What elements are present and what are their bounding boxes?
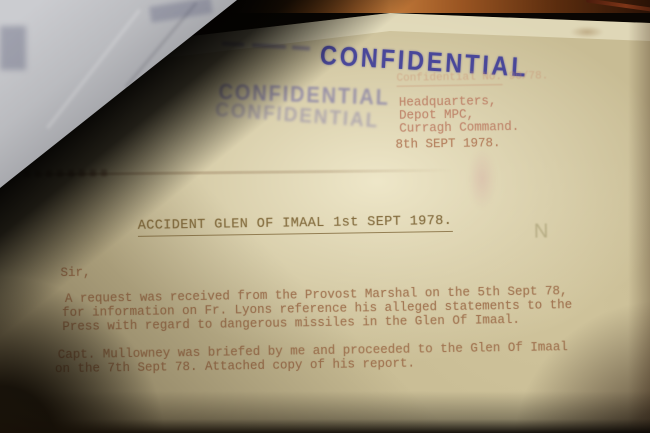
showthrough-mark [0,26,26,70]
photograph-of-document: CONFIDENTIAL CONFIDENTIAL CONFIDENTIAL C… [0,0,650,433]
